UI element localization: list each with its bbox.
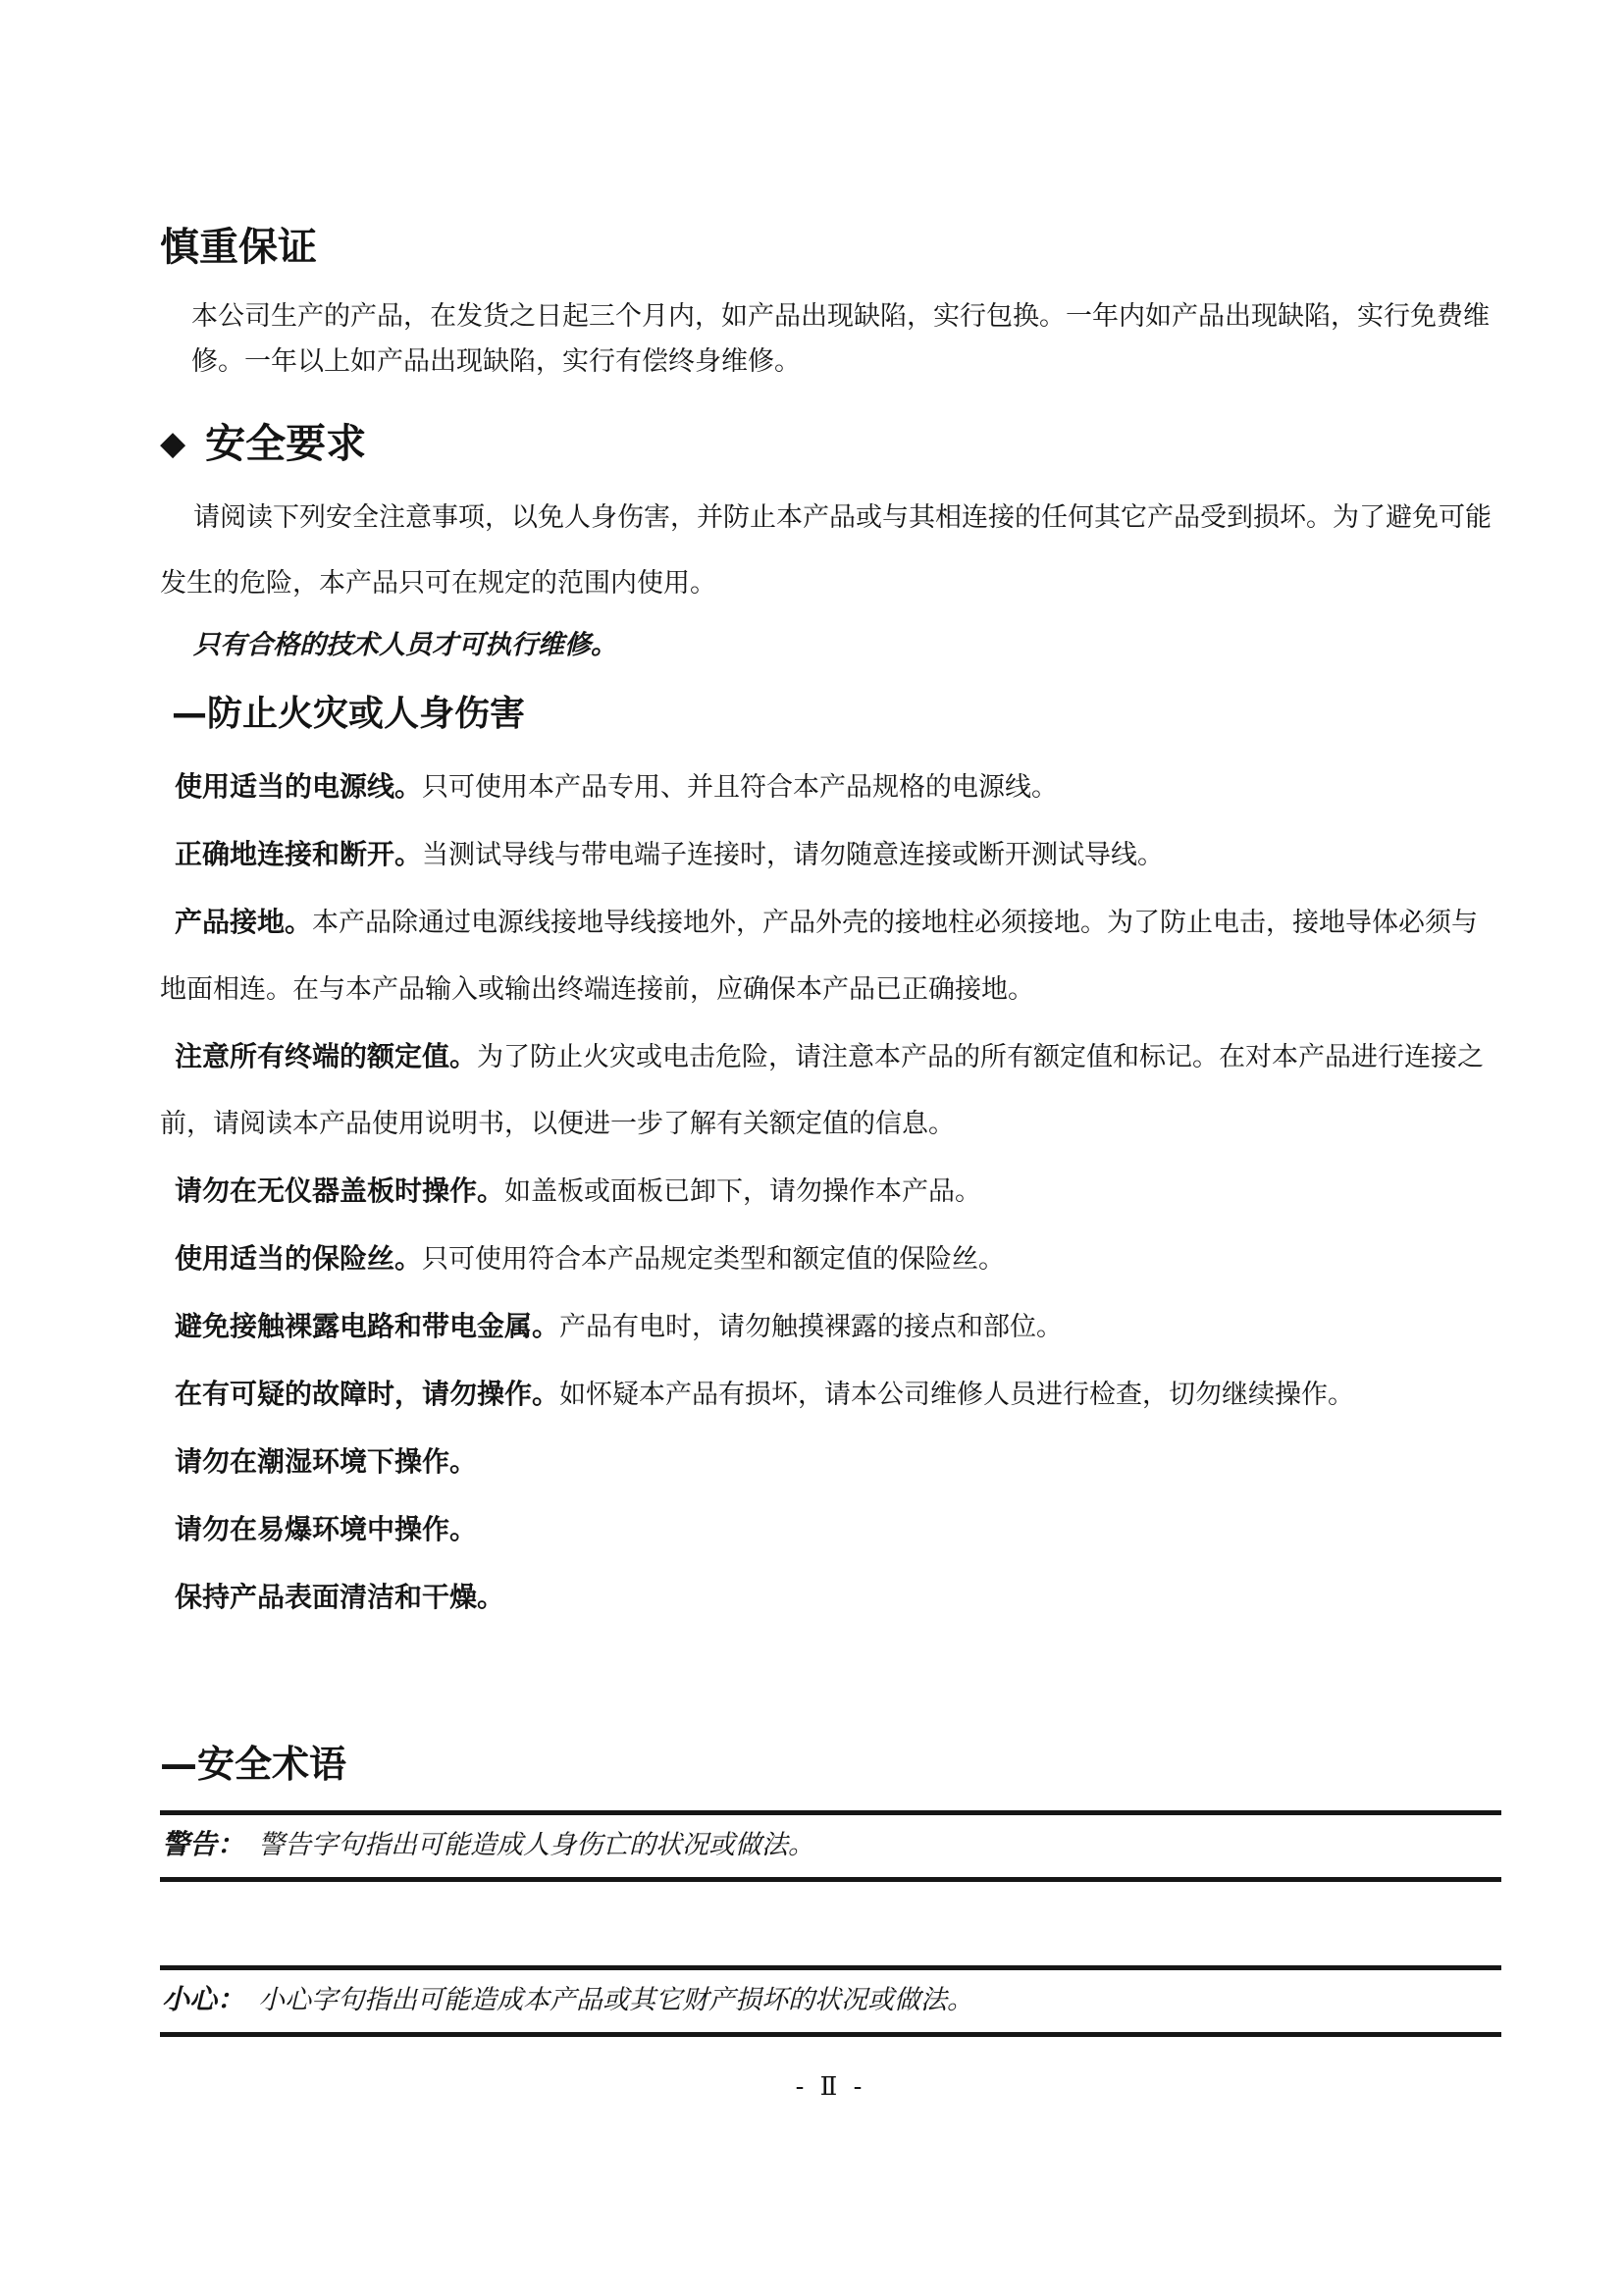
document-page: 慎重保证 本公司生产的产品，在发货之日起三个月内，如产品出现缺陷，实行包换。一年… xyxy=(0,0,1624,2296)
safety-item-body: 本产品除通过电源线接地导线接地外，产品外壳的接地柱必须接地。为了防止电击，接地导… xyxy=(160,908,1478,1005)
safety-item: 请勿在潮湿环境下操作。 xyxy=(160,1429,1501,1496)
safety-item-lead: 正确地连接和断开。 xyxy=(175,838,422,870)
safety-item-body: 当测试导线与带电端子连接时，请勿随意连接或断开测试导线。 xyxy=(422,840,1164,870)
safety-item-lead: 使用适当的保险丝。 xyxy=(175,1242,422,1275)
safety-requirements-heading: ◆ 安全要求 xyxy=(160,420,1501,467)
safety-item-body: 产品有电时，请勿触摸裸露的接点和部位。 xyxy=(559,1312,1063,1342)
page-number: - Ⅱ - xyxy=(160,2072,1501,2102)
safety-item: 请勿在无仪器盖板时操作。如盖板或面板已卸下，请勿操作本产品。 xyxy=(160,1158,1501,1226)
fire-injury-subheading: —防止火灾或人身伤害 xyxy=(172,693,1501,736)
safety-item: 保持产品表面清洁和干燥。 xyxy=(160,1564,1501,1632)
warning-text: 警告字句指出可能造成人身伤亡的状况或做法。 xyxy=(258,1830,814,1860)
safety-item-lead: 请勿在潮湿环境下操作。 xyxy=(175,1445,477,1478)
caution-label: 小心： xyxy=(162,1983,244,2015)
safety-item-lead: 请勿在无仪器盖板时操作。 xyxy=(175,1174,504,1207)
safety-item: 避免接触裸露电路和带电金属。产品有电时，请勿触摸裸露的接点和部位。 xyxy=(160,1293,1501,1361)
safety-item-lead: 避免接触裸露电路和带电金属。 xyxy=(175,1310,559,1342)
safety-item: 使用适当的保险丝。只可使用符合本产品规定类型和额定值的保险丝。 xyxy=(160,1226,1501,1293)
safety-item: 使用适当的电源线。只可使用本产品专用、并且符合本产品规格的电源线。 xyxy=(160,754,1501,821)
caution-box: 小心：小心字句指出可能造成本产品或其它财产损坏的状况或做法。 xyxy=(160,1965,1501,2037)
warranty-paragraph: 本公司生产的产品，在发货之日起三个月内，如产品出现缺陷，实行包换。一年内如产品出… xyxy=(191,294,1501,385)
safety-item: 正确地连接和断开。当测试导线与带电端子连接时，请勿随意连接或断开测试导线。 xyxy=(160,821,1501,889)
page-title: 慎重保证 xyxy=(160,224,1501,271)
safety-item: 注意所有终端的额定值。为了防止火灾或电击危险，请注意本产品的所有额定值和标记。在… xyxy=(160,1023,1501,1158)
safety-item-body: 如怀疑本产品有损坏，请本公司维修人员进行检查，切勿继续操作。 xyxy=(559,1380,1354,1410)
safety-item-body: 只可使用本产品专用、并且符合本产品规格的电源线。 xyxy=(422,772,1058,803)
safety-item: 在有可疑的故障时，请勿操作。如怀疑本产品有损坏，请本公司维修人员进行检查，切勿继… xyxy=(160,1361,1501,1429)
safety-intro-paragraph: 请阅读下列安全注意事项，以免人身伤害，并防止本产品或与其相连接的任何其它产品受到… xyxy=(160,485,1501,616)
safety-item: 产品接地。本产品除通过电源线接地导线接地外，产品外壳的接地柱必须接地。为了防止电… xyxy=(160,889,1501,1023)
safety-item-lead: 保持产品表面清洁和干燥。 xyxy=(175,1581,504,1613)
safety-requirements-title: 安全要求 xyxy=(205,420,366,467)
safety-item-lead: 产品接地。 xyxy=(175,906,312,938)
diamond-icon: ◆ xyxy=(160,420,185,467)
warning-label: 警告： xyxy=(162,1828,244,1860)
caution-text: 小心字句指出可能造成本产品或其它财产损坏的状况或做法。 xyxy=(258,1985,973,2015)
qualified-personnel-note: 只有合格的技术人员才可执行维修。 xyxy=(193,626,1501,665)
safety-terms-heading: —安全术语 xyxy=(160,1740,1501,1789)
warning-box: 警告：警告字句指出可能造成人身伤亡的状况或做法。 xyxy=(160,1810,1501,1882)
safety-item-lead: 在有可疑的故障时，请勿操作。 xyxy=(175,1378,559,1410)
safety-item-lead: 使用适当的电源线。 xyxy=(175,770,422,803)
safety-item-body: 只可使用符合本产品规定类型和额定值的保险丝。 xyxy=(422,1244,1005,1275)
safety-item-body: 如盖板或面板已卸下，请勿操作本产品。 xyxy=(504,1176,981,1207)
safety-item: 请勿在易爆环境中操作。 xyxy=(160,1496,1501,1564)
safety-item-lead: 注意所有终端的额定值。 xyxy=(175,1040,477,1072)
safety-item-lead: 请勿在易爆环境中操作。 xyxy=(175,1513,477,1545)
